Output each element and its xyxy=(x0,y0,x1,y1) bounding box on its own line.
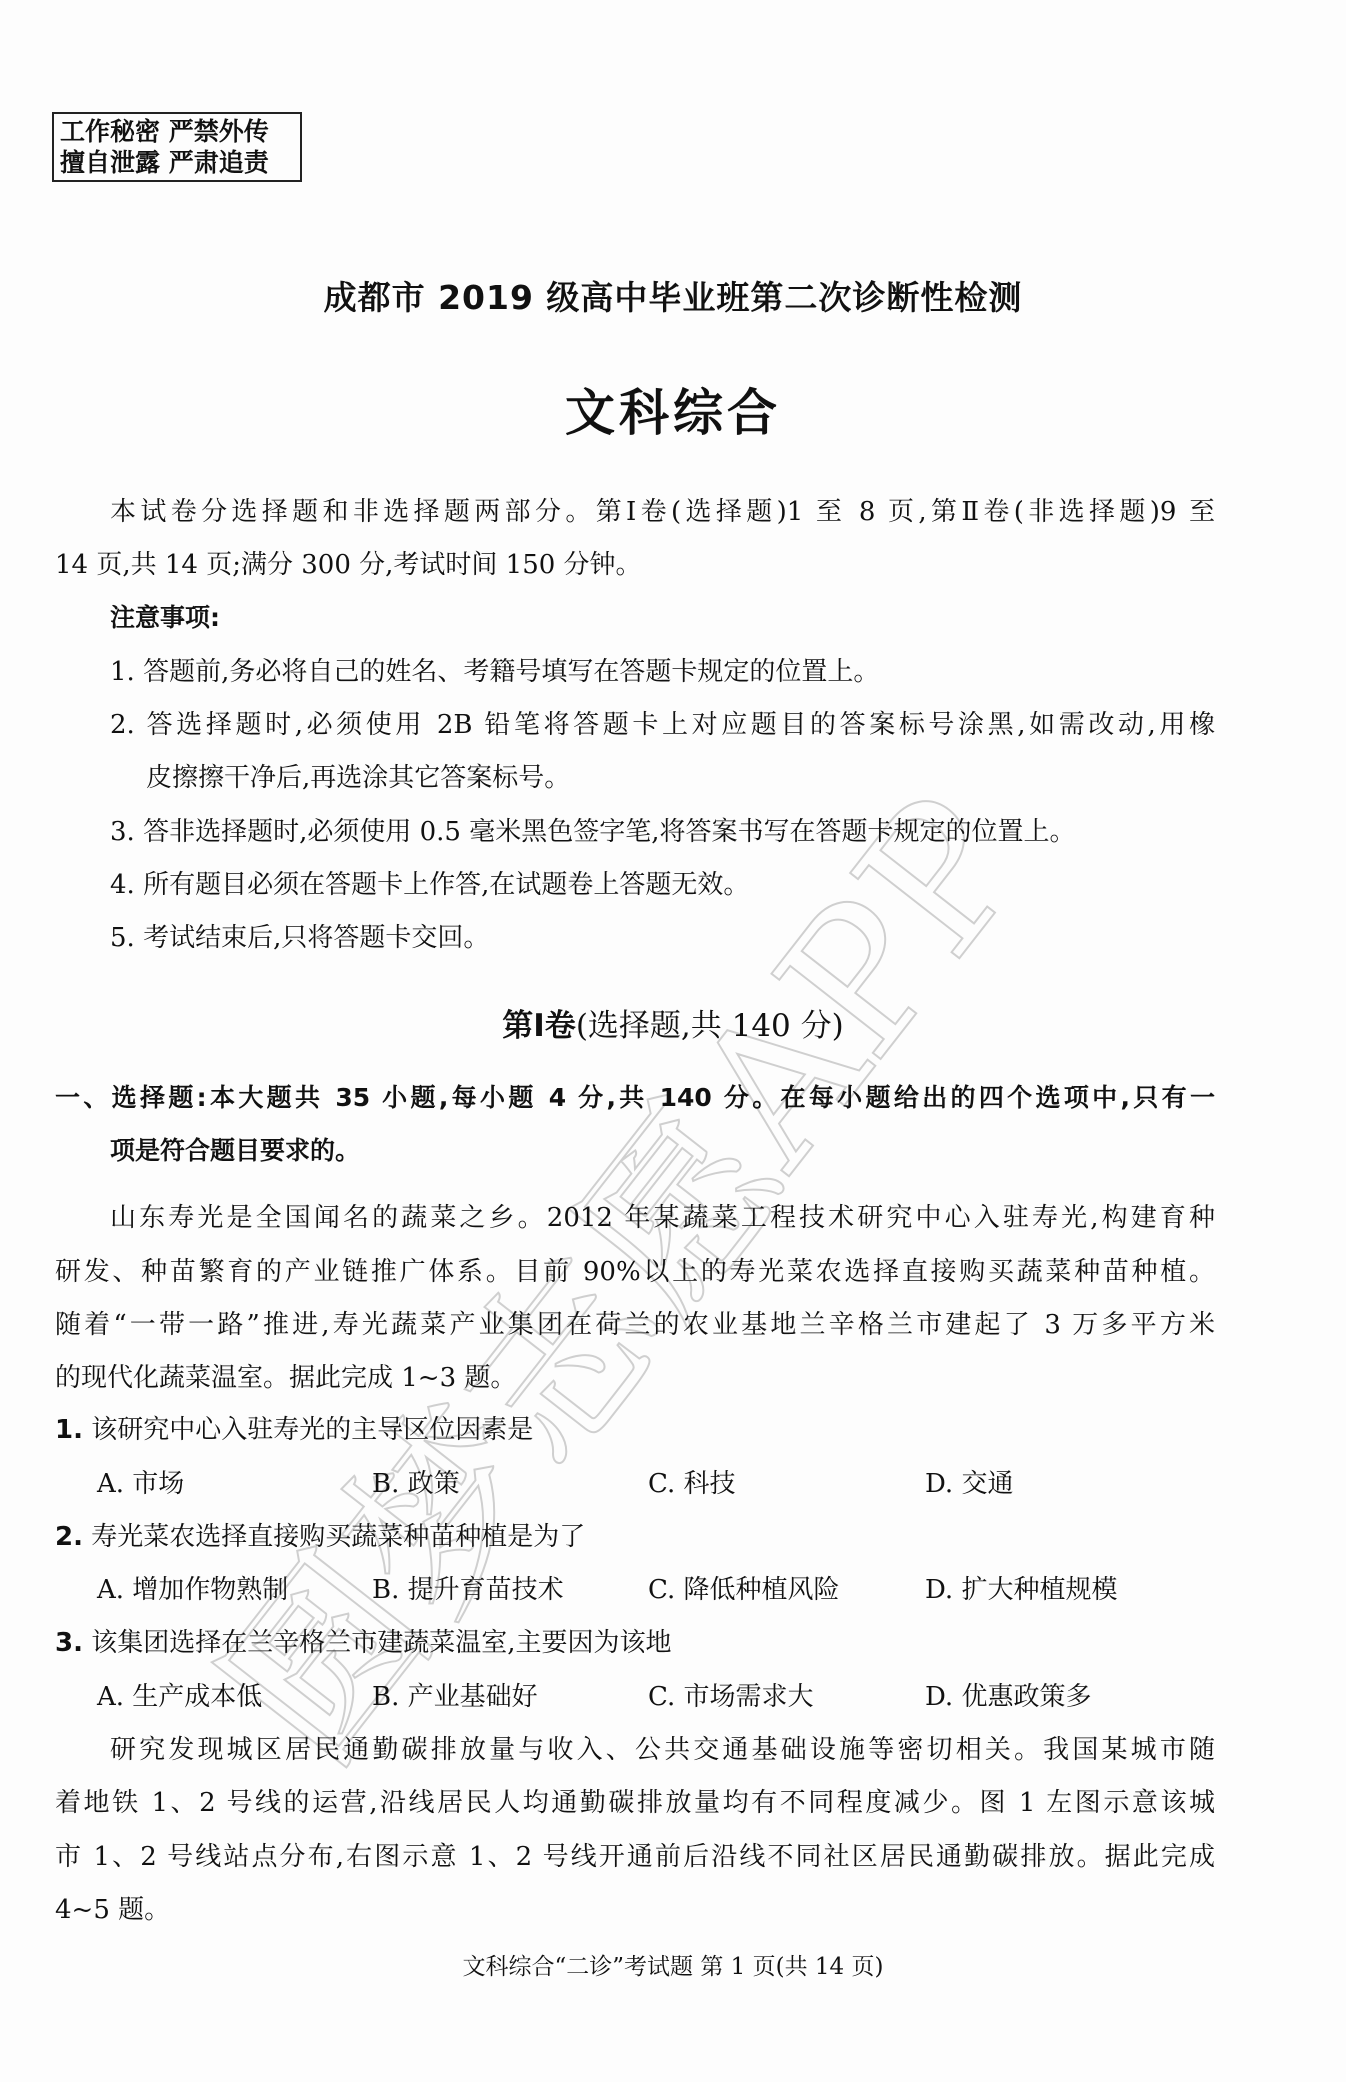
question-2: 2. 寿光菜农选择直接购买蔬菜种苗种植是为了 xyxy=(55,1521,585,1553)
section-heading-bold: 第Ⅰ卷 xyxy=(502,1008,576,1044)
passage2-line-3: 市 1、2 号线站点分布,右图示意 1、2 号线开通前后沿线不同社区居民通勤碳排… xyxy=(55,1841,1215,1873)
q1-option-d[interactable]: D. 交通 xyxy=(925,1468,1013,1500)
question-1: 1. 该研究中心入驻寿光的主导区位因素是 xyxy=(55,1414,533,1446)
passage1-line-1: 山东寿光是全国闻名的蔬菜之乡。2012 年某蔬菜工程技术研究中心入驻寿光,构建育… xyxy=(110,1202,1215,1234)
confidential-stamp: 工作秘密 严禁外传 擅自泄露 严肃追责 xyxy=(52,112,302,182)
note-item-2: 2. 答选择题时,必须使用 2B 铅笔将答题卡上对应题目的答案标号涂黑,如需改动… xyxy=(110,709,1215,741)
q1-option-c[interactable]: C. 科技 xyxy=(648,1468,736,1500)
q3-option-b[interactable]: B. 产业基础好 xyxy=(372,1681,538,1713)
passage1-line-4: 的现代化蔬菜温室。据此完成 1~3 题。 xyxy=(55,1362,516,1394)
note-item-4: 4. 所有题目必须在答题卡上作答,在试题卷上答题无效。 xyxy=(110,869,749,901)
q2-option-c[interactable]: C. 降低种植风险 xyxy=(648,1574,840,1606)
question-number: 2. xyxy=(55,1522,83,1552)
note-item-5: 5. 考试结束后,只将答题卡交回。 xyxy=(110,922,489,954)
q2-option-a[interactable]: A. 增加作物熟制 xyxy=(97,1574,288,1606)
q3-option-c[interactable]: C. 市场需求大 xyxy=(648,1681,814,1713)
q1-option-a[interactable]: A. 市场 xyxy=(97,1468,184,1500)
subject-title: 文科综合 xyxy=(0,373,1346,445)
question-stem: 该集团选择在兰辛格兰市建蔬菜温室,主要因为该地 xyxy=(91,1628,671,1658)
question-number: 3. xyxy=(55,1628,83,1658)
intro-line-2: 14 页,共 14 页;满分 300 分,考试时间 150 分钟。 xyxy=(55,549,642,581)
note-item-1: 1. 答题前,务必将自己的姓名、考籍号填写在答题卡规定的位置上。 xyxy=(110,656,879,688)
question-stem: 该研究中心入驻寿光的主导区位因素是 xyxy=(91,1415,533,1445)
section-heading: 第Ⅰ卷(选择题,共 140 分) xyxy=(0,1000,1346,1045)
intro-line-1: 本试卷分选择题和非选择题两部分。第Ⅰ卷(选择题)1 至 8 页,第Ⅱ卷(非选择题… xyxy=(110,496,1215,528)
question-3: 3. 该集团选择在兰辛格兰市建蔬菜温室,主要因为该地 xyxy=(55,1627,672,1659)
question-number: 1. xyxy=(55,1415,83,1445)
note-item-3: 3. 答非选择题时,必须使用 0.5 毫米黑色签字笔,将答案书写在答题卡规定的位… xyxy=(110,816,1075,848)
page-footer: 文科综合“二诊”考试题 第 1 页(共 14 页) xyxy=(0,1948,1346,1981)
q1-option-b[interactable]: B. 政策 xyxy=(372,1468,460,1500)
section-heading-rest: (选择题,共 140 分) xyxy=(576,1008,844,1044)
passage1-line-2: 研发、种苗繁育的产业链推广体系。目前 90%以上的寿光菜农选择直接购买蔬菜种苗种… xyxy=(55,1256,1215,1288)
passage2-line-1: 研究发现城区居民通勤碳排放量与收入、公共交通基础设施等密切相关。我国某城市随 xyxy=(110,1734,1215,1766)
exam-title: 成都市 2019 级高中毕业班第二次诊断性检测 xyxy=(0,272,1346,319)
stamp-line-2: 擅自泄露 严肃追责 xyxy=(60,147,294,178)
section-instruction-1: 一、选择题:本大题共 35 小题,每小题 4 分,共 140 分。在每小题给出的… xyxy=(55,1082,1215,1114)
exam-page: 圆梦志愿APP 工作秘密 严禁外传 擅自泄露 严肃追责 成都市 2019 级高中… xyxy=(0,0,1346,2082)
passage1-line-3: 随着“一带一路”推进,寿光蔬菜产业集团在荷兰的农业基地兰辛格兰市建起了 3 万多… xyxy=(55,1309,1215,1341)
stamp-line-1: 工作秘密 严禁外传 xyxy=(60,116,294,147)
question-stem: 寿光菜农选择直接购买蔬菜种苗种植是为了 xyxy=(91,1522,585,1552)
q3-option-d[interactable]: D. 优惠政策多 xyxy=(925,1681,1091,1713)
notes-heading: 注意事项: xyxy=(110,602,220,634)
q3-option-a[interactable]: A. 生产成本低 xyxy=(97,1681,262,1713)
q2-option-d[interactable]: D. 扩大种植规模 xyxy=(925,1574,1117,1606)
q2-option-b[interactable]: B. 提升育苗技术 xyxy=(372,1574,564,1606)
note-item-2-cont: 皮擦擦干净后,再选涂其它答案标号。 xyxy=(146,762,570,794)
section-instruction-2: 项是符合题目要求的。 xyxy=(110,1135,360,1167)
passage2-line-2: 着地铁 1、2 号线的运营,沿线居民人均通勤碳排放量均有不同程度减少。图 1 左… xyxy=(55,1787,1215,1819)
passage2-line-4: 4~5 题。 xyxy=(55,1894,170,1926)
